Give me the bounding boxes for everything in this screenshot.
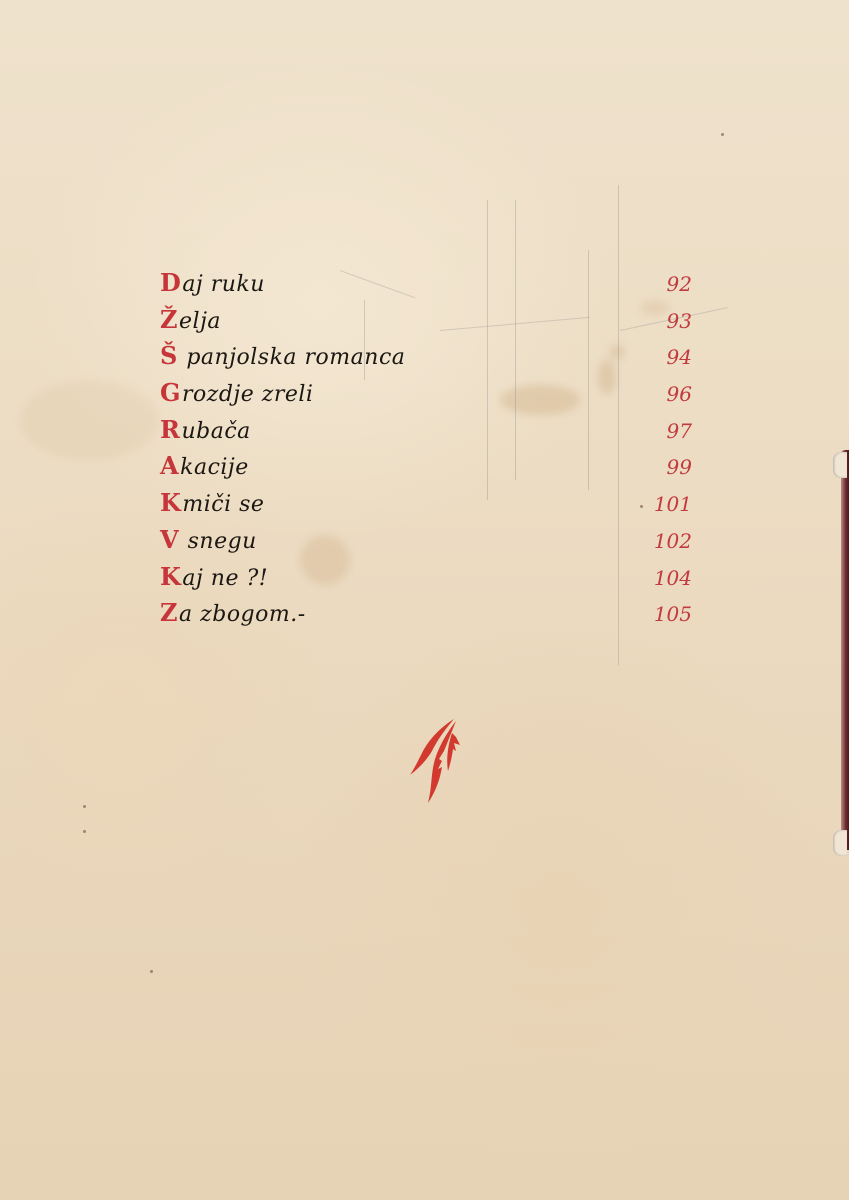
- binding-notch: [833, 452, 847, 478]
- entry-title-rest: a zbogom.-: [179, 602, 306, 627]
- entry-title-rest: aj ruku: [182, 272, 265, 297]
- entry-title-rest: miči se: [182, 492, 264, 517]
- entry-initial: G: [160, 378, 181, 407]
- entry-initial: R: [160, 415, 180, 444]
- entry-initial: Ž: [160, 305, 178, 334]
- entry-initial: Z: [160, 598, 178, 627]
- entry-initial: K: [160, 488, 181, 517]
- binding-notch: [833, 830, 847, 856]
- entry-title-rest: panjolska romanca: [179, 345, 406, 370]
- table-of-contents: Daj ruku 92 Želja 93 Š panjolska romanca…: [160, 260, 692, 627]
- toc-entry: Kmiči se 101: [160, 480, 692, 517]
- entry-title-rest: kacije: [180, 455, 249, 480]
- entry-initial: D: [160, 268, 181, 297]
- toc-entry: Rubača 97: [160, 407, 692, 444]
- entry-initial: Š: [160, 341, 178, 370]
- toc-entry: Daj ruku 92: [160, 260, 692, 297]
- toc-entry: Grozdje zreli 96: [160, 370, 692, 407]
- toc-entry: V snegu 102: [160, 517, 692, 554]
- paper-speck: [150, 970, 153, 973]
- entry-initial: V: [160, 525, 179, 554]
- toc-entry: Š panjolska romanca 94: [160, 333, 692, 370]
- entry-title-rest: ubača: [181, 419, 250, 444]
- toc-entry: Za zbogom.- 105: [160, 590, 692, 627]
- entry-title: Za zbogom.-: [160, 595, 306, 633]
- paper-stain: [20, 380, 160, 460]
- entry-title-rest: aj ne ?!: [182, 566, 268, 591]
- entry-page-number: 105: [644, 596, 692, 632]
- binding-edge: [841, 450, 849, 850]
- paper-speck: [721, 133, 724, 136]
- entry-initial: A: [160, 451, 179, 480]
- paper-speck: [83, 830, 86, 833]
- toc-entry: Želja 93: [160, 297, 692, 334]
- entry-title-rest: elja: [179, 309, 221, 334]
- toc-entry: Kaj ne ?! 104: [160, 554, 692, 591]
- paper-speck: [83, 805, 86, 808]
- entry-initial: K: [160, 562, 181, 591]
- entry-title-rest: rozdje zreli: [182, 382, 313, 407]
- red-leaf-flourish-icon: [408, 715, 464, 807]
- scanned-book-page: Daj ruku 92 Želja 93 Š panjolska romanca…: [0, 0, 849, 1200]
- entry-title-rest: snegu: [180, 529, 257, 554]
- toc-entry: Akacije 99: [160, 443, 692, 480]
